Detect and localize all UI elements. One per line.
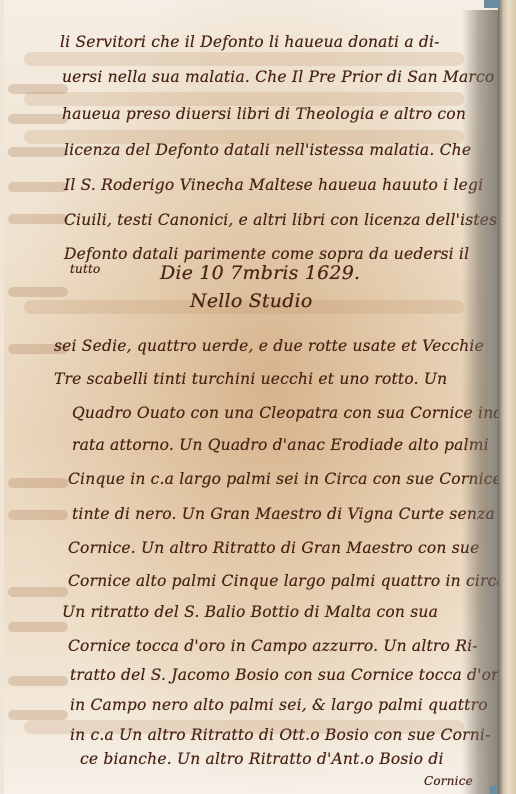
text-line: uersi nella sua malatia. Che Il Pre Prio… [62, 68, 494, 86]
page-fold-shadow [462, 10, 500, 794]
bleed-through-mark [8, 710, 68, 720]
water-stain [24, 52, 464, 66]
text-line: licenza del Defonto datali nell'istessa … [64, 141, 471, 159]
entry-location-heading: Nello Studio [190, 290, 312, 312]
text-line: haueua preso diuersi libri di Theologia … [62, 105, 466, 123]
bleed-through-mark [8, 587, 68, 597]
text-line: Il S. Roderigo Vinecha Maltese haueua ha… [64, 176, 483, 194]
bleed-through-mark [8, 478, 68, 488]
background-corner [490, 786, 498, 794]
water-stain [24, 92, 464, 106]
text-line: Defonto datali parimente come sopra da u… [64, 245, 469, 263]
inventory-line: sei Sedie, quattro uerde, e due rotte us… [54, 337, 484, 355]
bleed-through-mark [8, 214, 68, 224]
inventory-line: in Campo nero alto palmi sei, & largo pa… [70, 696, 488, 714]
binding-edge [498, 0, 516, 794]
inventory-line: Quadro Ouato con una Cleopatra con sua C… [72, 404, 516, 422]
inventory-line: in c.a Un altro Ritratto di Ott.o Bosio … [70, 726, 491, 744]
inventory-line: Cornice tocca d'oro in Campo azzurro. Un… [68, 637, 478, 655]
inventory-line: Cornice alto palmi Cinque largo palmi qu… [68, 572, 506, 590]
bleed-through-mark [8, 676, 68, 686]
bleed-through-mark [8, 622, 68, 632]
bleed-through-mark [8, 147, 68, 157]
bleed-through-mark [8, 182, 68, 192]
inventory-line: ce bianche. Un altro Ritratto d'Ant.o Bo… [80, 750, 444, 768]
inventory-line: Cinque in c.a largo palmi sei in Circa c… [68, 470, 502, 488]
inventory-line: tinte di nero. Un Gran Maestro di Vigna … [72, 505, 495, 523]
photo-frame: li Servitori che il Defonto li haueua do… [0, 0, 516, 794]
text-line: Ciuili, testi Canonici, e altri libri co… [64, 211, 515, 229]
bleed-through-mark [8, 510, 68, 520]
text-line: tutto [70, 262, 100, 276]
inventory-line: Un ritratto del S. Balio Bottio di Malta… [62, 603, 438, 621]
inventory-line: tratto del S. Jacomo Bosio con sua Corni… [70, 666, 508, 684]
entry-date-heading: Die 10 7mbris 1629. [160, 262, 360, 284]
inventory-line: rata attorno. Un Quadro d'anac Erodiade … [72, 436, 489, 454]
bleed-through-mark [8, 287, 68, 297]
bleed-through-mark [8, 114, 68, 124]
inventory-line: Tre scabelli tinti turchini uecchi et un… [54, 370, 447, 388]
manuscript-page: li Servitori che il Defonto li haueua do… [4, 0, 488, 794]
inventory-line: Cornice. Un altro Ritratto di Gran Maest… [68, 539, 479, 557]
text-line: li Servitori che il Defonto li haueua do… [60, 33, 440, 51]
background-corner [484, 0, 500, 8]
